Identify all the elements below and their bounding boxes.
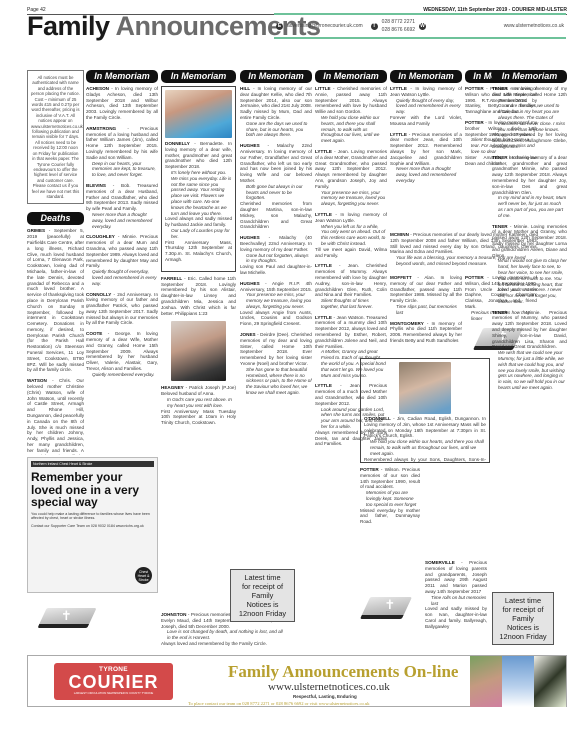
email-icon: E <box>276 23 283 30</box>
dove-photo <box>502 656 534 707</box>
memoriam-notice: HUGHES - Malachy 22nd Anniversary. In lo… <box>240 143 312 230</box>
phone-icon: T <box>371 23 378 30</box>
deaths-header: Deaths <box>27 212 84 225</box>
banner-tagline: Respectful, Lasting, Enduring <box>293 694 357 699</box>
memoriam-notice: MONTGOMERY - In memory of Phyllis who di… <box>390 321 462 344</box>
banner-contact-line: To place contact our team on 028 8772 22… <box>188 701 370 706</box>
latest-time-box: Latest timefor receipt of FamilyNotices … <box>230 569 295 622</box>
latest-time-box: Latest timefor receipt of FamilyNotices … <box>492 592 554 645</box>
memoriam-notice: TENER - In loving memory of my dear wife… <box>492 86 567 150</box>
death-notice: GRIMES - September 5, 2019 (peacefully) … <box>27 228 84 373</box>
web-icon: W <box>419 23 426 30</box>
courier-banner-ad[interactable]: TYRONE COURIER LARGEST CIRCULATION NEWSP… <box>27 655 567 707</box>
column-6: In Memoriam LYTTLE - In loving memory of… <box>390 70 462 230</box>
email-link[interactable]: advertising@tyronecourier.uk.com <box>287 23 363 29</box>
memoriam-notice: HUGHES - Angie R.I.P. 4th Anniversary, 1… <box>240 281 312 327</box>
contact-bar: E advertising@tyronecourier.uk.com T 028… <box>274 13 566 39</box>
memoriam-notice: ACHESON - In loving memory of Gladys Ach… <box>86 86 158 121</box>
memoriam-notice: TENER - Minnie. Precious memories of Mum… <box>492 310 567 391</box>
memoriam-notice: LYTTLE - In loving memory of Jean Watson… <box>315 212 387 258</box>
memoriam-notice: CONNOLLY - 2nd Anniversary. In loving me… <box>86 292 158 327</box>
bible-icon <box>360 597 412 619</box>
column-8: In Memoriam TENER - In loving memory of … <box>492 70 567 590</box>
memoriam-notice: COOTE - George. In loving memory of a de… <box>86 331 158 377</box>
memoriam-notice: ARMSTRONG - Precious memories of a lovin… <box>86 126 158 178</box>
memoriam-notice: LITTLE - Cherished memories of Annie, pa… <box>315 86 387 144</box>
memoriam-notice: LYTTLE - In loving memory of Jean Watson… <box>390 86 462 127</box>
banner-headline: Family Announcements On-line <box>228 662 458 682</box>
notice-info-box: All notices must be authenticated with n… <box>27 70 84 204</box>
in-memoriam-header: In Memoriam <box>492 70 567 83</box>
memoriam-notice: HEAGNEY - Patrick Joseph (P.Joe) Beloved… <box>161 385 236 426</box>
in-memoriam-header: In Memoriam <box>390 70 462 83</box>
memoriam-notice: CLOUGHLEY - Minnie. Precious memories of… <box>86 234 158 286</box>
donnelly-photo <box>165 90 232 138</box>
chs-logo-icon: Chest Heart & Stroke <box>135 567 152 584</box>
in-memoriam-header: In Memoriam <box>161 70 236 83</box>
phone-numbers: 028 8772 2271 028 8676 6692 <box>382 18 415 34</box>
column-4: In Memoriam HILL - In loving memory of o… <box>240 70 312 550</box>
ad-headline: Remember your loved one in a very specia… <box>31 471 154 509</box>
memoriam-notice: HUGHES - Malachy (40 Beechvalley) 22nd A… <box>240 235 312 276</box>
memoriam-notice: MOFFETT - Alan. In loving memory of our … <box>390 275 462 316</box>
in-memoriam-header: In Memoriam <box>240 70 312 83</box>
column-2: In Memoriam ACHESON - In loving memory o… <box>86 70 158 455</box>
odonnell-notice-box: O'DONNELL - Jim, Cadian Road, Eglish, Du… <box>360 358 490 463</box>
potter-wilson-notice: POTTER - Wilson. Precious memories of ou… <box>360 467 420 557</box>
tyrone-courier-logo: TYRONE COURIER LARGEST CIRCULATION NEWSP… <box>54 663 173 700</box>
memoriam-notice: LYTTLE - Jean. Loving memories of a dear… <box>315 149 387 207</box>
donnelly-notice-box: DONNELLY - Bernadette. In loving memory … <box>161 86 236 272</box>
memoriam-notice: FARRELL - Eric. Called home 11th Septemb… <box>161 276 236 317</box>
in-memoriam-header: In Memoriam <box>315 70 387 83</box>
lily-photo <box>534 656 566 707</box>
chest-heart-stroke-ad[interactable]: Northern Ireland Chest Heart & Stroke Re… <box>27 457 158 593</box>
column-6b: MOFFETT - Alan. In loving memory of our … <box>390 275 462 355</box>
memoriam-notice: HILL - In loving memory of our dear daug… <box>240 86 312 138</box>
banner-url[interactable]: www.ulsternetnotices.co.uk <box>268 681 390 693</box>
family-photo <box>470 656 502 707</box>
website-link[interactable]: www.ulsternetnotices.co.uk <box>504 23 564 29</box>
memoriam-notice: BLEVINS - Bob. Treasured memories of a d… <box>86 183 158 229</box>
in-memoriam-header: In Memoriam <box>86 70 158 83</box>
banner-images <box>470 656 566 707</box>
memoriam-notice: LYTTLE - Jean. Cherished memories of Mum… <box>315 263 387 309</box>
column-1: All notices must be authenticated with n… <box>27 70 84 455</box>
death-notice: WATSON - Chris. Our beloved mother Chris… <box>27 378 84 455</box>
memoriam-notice: JONES - Deirdre (Dee). Cherished memorie… <box>240 332 312 396</box>
memoriam-notice: LYTTLE - Precious memories of a dear mot… <box>390 132 462 184</box>
bible-icon <box>37 608 96 628</box>
heagney-photo <box>171 321 226 381</box>
memoriam-notice: TENER - In loving memory of a dear mothe… <box>492 155 567 219</box>
column-3: In Memoriam DONNELLY - Bernadette. In lo… <box>161 70 236 655</box>
somerville-notice: SOMERVILLE - Precious memories of loving… <box>425 560 487 655</box>
memoriam-notice: TENER - Minnie. Loving memories of a dea… <box>492 224 567 305</box>
odonnell-photo <box>399 362 451 414</box>
